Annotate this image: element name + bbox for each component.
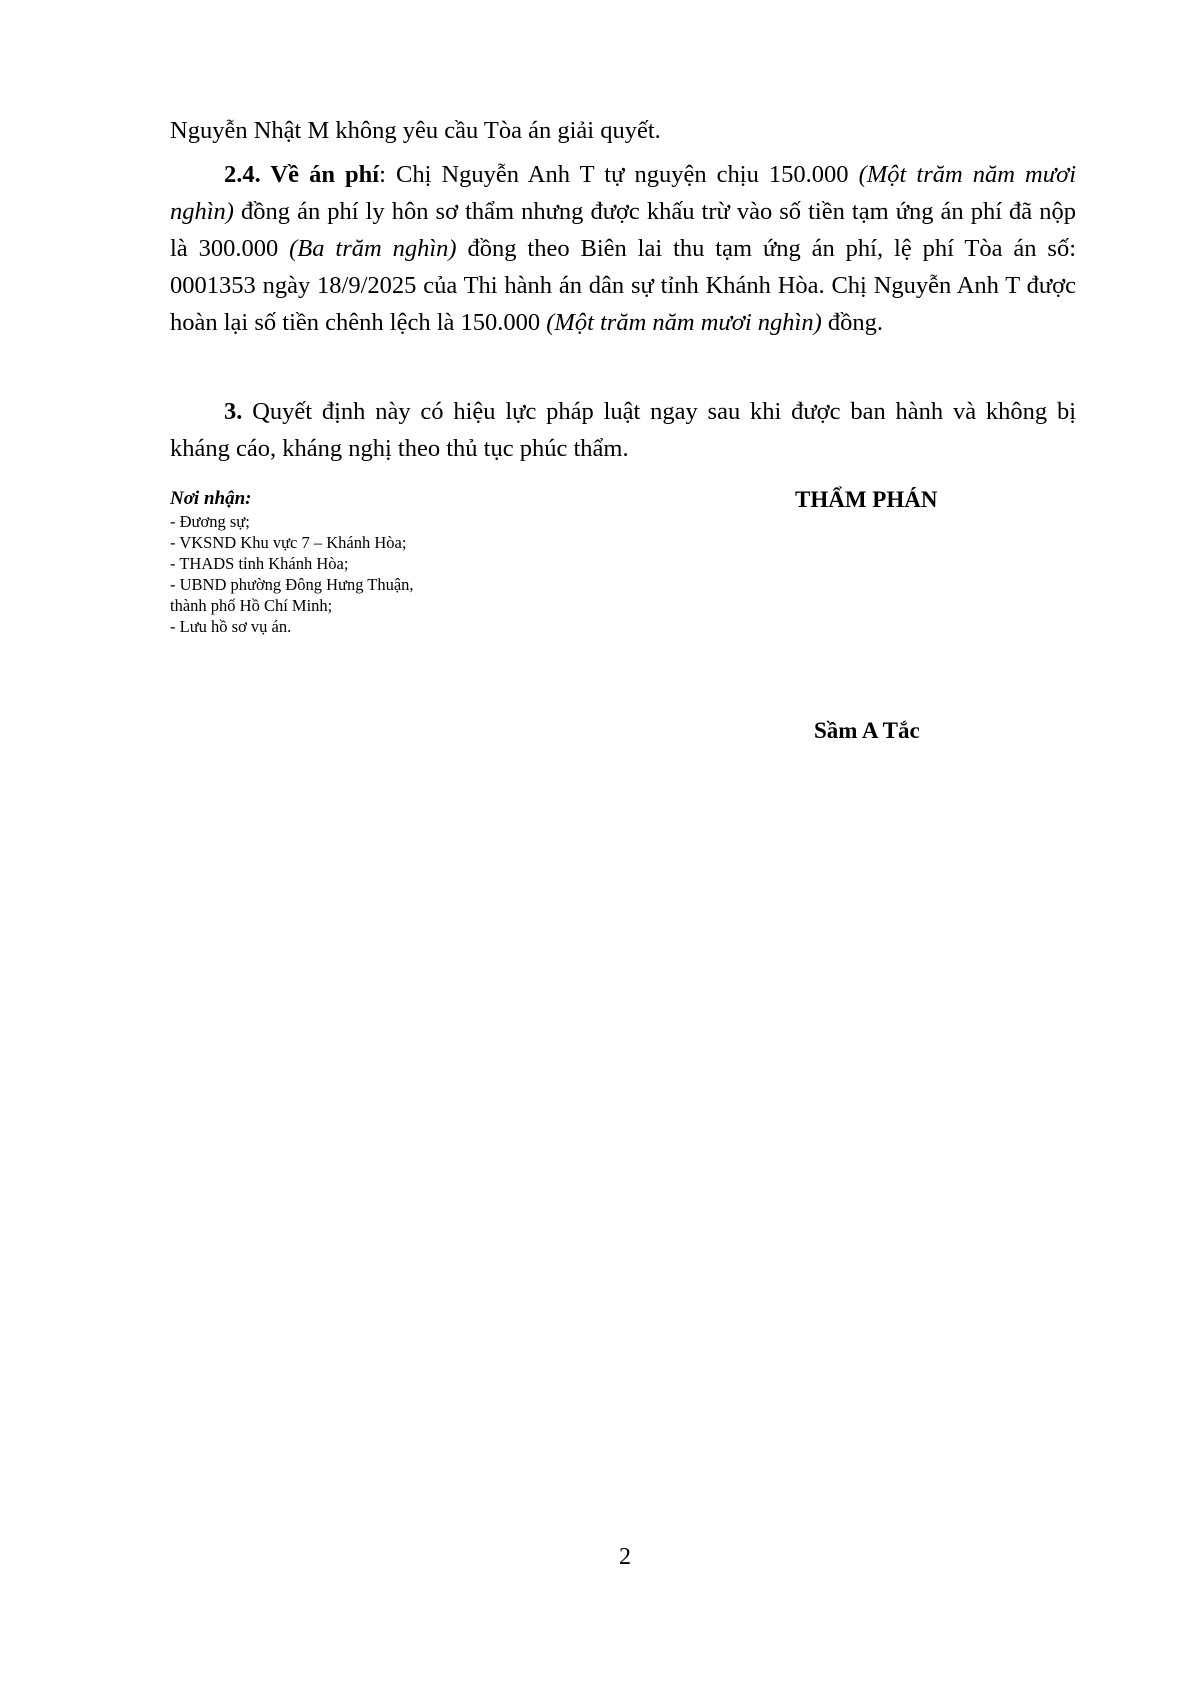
recipient-item: - VKSND Khu vực 7 – Khánh Hòa;: [170, 532, 530, 553]
paragraph-continuation: Nguyễn Nhật M không yêu cầu Tòa án giải …: [170, 112, 1076, 149]
recipients-title: Nơi nhận:: [170, 487, 530, 511]
signature-name: Sầm A Tắc: [814, 718, 920, 744]
recipients-block: Nơi nhận: - Đương sự; - VKSND Khu vực 7 …: [170, 487, 530, 637]
section-label-2-4: 2.4. Về án phí: [224, 161, 379, 188]
signature-title: THẨM PHÁN: [795, 487, 937, 513]
page-number: 2: [0, 1544, 1190, 1571]
section-label-3: 3.: [224, 398, 242, 425]
recipient-item: - UBND phường Đông Hưng Thuận,: [170, 574, 530, 595]
recipient-item: - THADS tỉnh Khánh Hòa;: [170, 553, 530, 574]
paragraph-effect: 3. Quyết định này có hiệu lực pháp luật …: [170, 393, 1076, 467]
recipient-item: - Lưu hồ sơ vụ án.: [170, 616, 530, 637]
paragraph-court-fee: 2.4. Về án phí: Chị Nguyễn Anh T tự nguy…: [170, 156, 1076, 341]
recipient-item: thành phố Hồ Chí Minh;: [170, 595, 530, 616]
recipient-item: - Đương sự;: [170, 511, 530, 532]
document-page: Nguyễn Nhật M không yêu cầu Tòa án giải …: [0, 0, 1190, 1684]
